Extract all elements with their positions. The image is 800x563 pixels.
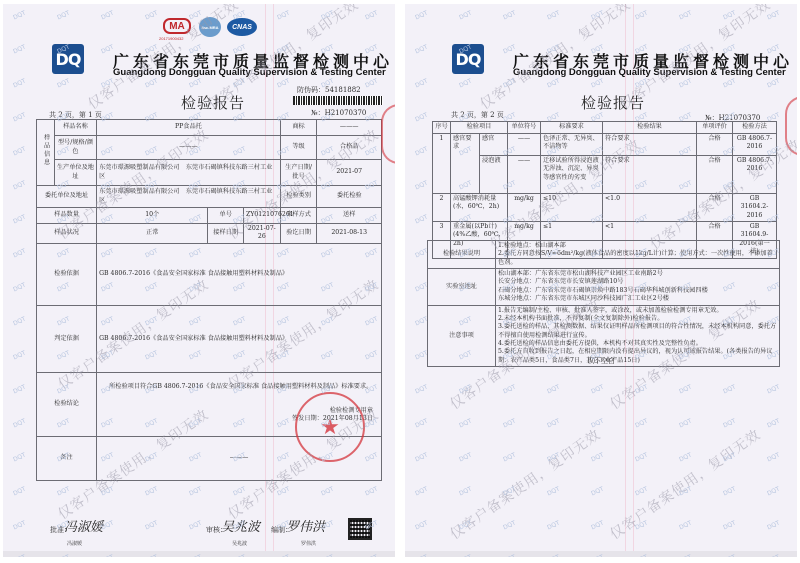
watermark-tile: DQT	[276, 78, 291, 90]
sample-info-label: 样品信息	[37, 120, 55, 186]
watermark-tile: DQT	[12, 180, 27, 192]
watermark-tile: DQT	[144, 486, 159, 498]
watermark-tile: DQT	[414, 214, 429, 226]
watermark-tile: DQT	[634, 486, 649, 498]
watermark-tile: DQT	[414, 384, 429, 396]
watermark-tile: DQT	[502, 418, 517, 430]
watermark-tile: DQT	[722, 384, 737, 396]
watermark-tile: DQT	[458, 486, 473, 498]
watermark-tile: DQT	[590, 520, 605, 532]
watermark-tile: DQT	[766, 384, 781, 396]
watermark-tile: DQT	[56, 78, 71, 90]
watermark-tile: DQT	[414, 44, 429, 56]
watermark-tile: DQT	[364, 10, 379, 22]
watermark-tile: DQT	[276, 10, 291, 22]
watermark-tile: DQT	[188, 486, 203, 498]
watermark-tile: DQT	[722, 78, 737, 90]
watermark-tile: DQT	[458, 78, 473, 90]
watermark-tile: DQT	[546, 418, 561, 430]
watermark-tile: DQT	[766, 418, 781, 430]
lab-address: 东城分地点：广东省东莞市东城区同沙科技园广汇工业区2号楼	[498, 295, 777, 303]
watermark-tile: DQT	[320, 486, 335, 498]
approve-name: 冯淑媛	[67, 540, 82, 547]
watermark-tile: DQT	[546, 520, 561, 532]
watermark-tile: DQT	[458, 452, 473, 464]
watermark-tile: DQT	[722, 520, 737, 532]
watermark-tile: DQT	[590, 384, 605, 396]
watermark-tile: DQT	[678, 384, 693, 396]
watermark-tile: DQT	[56, 10, 71, 22]
watermark-tile: DQT	[590, 452, 605, 464]
report-page-2: DQ 广东省东莞市质量监督检测中心 Guangdong Dongguan Qua…	[405, 4, 797, 557]
notes-table: 检验结果说明 1.检验地点：松山湖本部 2.委托方同意按S/V=6dm²/kg(…	[427, 240, 780, 367]
watermark-tile: DQT	[502, 384, 517, 396]
watermark-tile: DQT	[414, 78, 429, 90]
row-no: 2	[433, 194, 451, 222]
watermark-tile: DQT	[414, 452, 429, 464]
watermark-tile: DQT	[12, 282, 27, 294]
watermark-tile: DQT	[766, 520, 781, 532]
column-header: 单位符号	[508, 122, 541, 134]
watermark-tile: DQT	[634, 10, 649, 22]
edit-signature: 罗伟洪	[286, 516, 325, 535]
watermark-tile: DQT	[100, 10, 115, 22]
watermark-tile: DQT	[590, 78, 605, 90]
finish-date: 2021-08-13	[317, 224, 382, 244]
watermark-tile: DQT	[12, 44, 27, 56]
watermark-tile: DQT	[590, 418, 605, 430]
watermark-tile: DQT	[634, 418, 649, 430]
watermark-tile: DQT	[12, 520, 27, 532]
barcode	[293, 96, 383, 105]
watermark-tile: DQT	[678, 10, 693, 22]
watermark-tile: DQT	[546, 10, 561, 22]
watermark-tile: DQT	[634, 452, 649, 464]
edit-name: 罗伟洪	[301, 540, 316, 547]
watermark-tile: DQT	[12, 316, 27, 328]
watermark-tile: DQT	[144, 10, 159, 22]
watermark-tile: DQT	[188, 78, 203, 90]
watermark-tile: DQT	[414, 486, 429, 498]
watermark-tile: DQT	[364, 78, 379, 90]
watermark-tile: DQT	[12, 214, 27, 226]
column-header: 检验方法	[733, 122, 777, 134]
watermark-tile: DQT	[458, 418, 473, 430]
watermark-tile: DQT	[12, 452, 27, 464]
watermark-tile: DQT	[12, 112, 27, 124]
watermark-tile: DQT	[12, 146, 27, 158]
watermark-tile: DQT	[678, 418, 693, 430]
watermark-tile: DQT	[502, 10, 517, 22]
report-page-1: MA 20171900432 ilac-MRA CNAS DQ 广东省东莞市质量…	[3, 4, 395, 557]
review-name: 吴兆波	[232, 540, 247, 547]
watermark-tile: DQT	[546, 486, 561, 498]
watermark-tile: DQT	[414, 10, 429, 22]
watermark-tile: DQT	[12, 350, 27, 362]
watermark-tile: DQT	[144, 78, 159, 90]
watermark-tile: DQT	[12, 78, 27, 90]
watermark-tile: DQT	[364, 486, 379, 498]
watermark-tile: DQT	[546, 384, 561, 396]
watermark-tile: DQT	[414, 112, 429, 124]
watermark-tile: DQT	[502, 452, 517, 464]
watermark-tile: DQT	[458, 10, 473, 22]
sample-state: 正常	[97, 224, 208, 244]
watermark-tile: DQT	[766, 486, 781, 498]
watermark-tile: DQT	[12, 486, 27, 498]
watermark-tile: DQT	[766, 78, 781, 90]
column-header: 检验项目	[451, 122, 508, 134]
label: 商标	[280, 120, 317, 136]
watermark-tile: DQT	[12, 248, 27, 260]
watermark-tile: DQT	[502, 520, 517, 532]
watermark-tile: DQT	[546, 78, 561, 90]
seam-seal-icon	[381, 104, 395, 164]
watermark-tile: DQT	[722, 486, 737, 498]
column-header: 检验结果	[603, 122, 697, 134]
watermark-tile: DQT	[12, 384, 27, 396]
watermark-tile: DQT	[414, 520, 429, 532]
watermark-tile: DQT	[414, 180, 429, 192]
watermark-tile: DQT	[144, 520, 159, 532]
column-header: 序号	[433, 122, 451, 134]
watermark-tile: DQT	[414, 418, 429, 430]
watermark-tile: DQT	[188, 520, 203, 532]
watermark-tile: DQT	[414, 146, 429, 158]
watermark-tile: DQT	[12, 10, 27, 22]
watermark-tile: DQT	[590, 486, 605, 498]
watermark-tile: DQT	[766, 452, 781, 464]
watermark-tile: DQT	[678, 520, 693, 532]
watermark-tile: DQT	[678, 78, 693, 90]
column-header: 单项评价	[697, 122, 733, 134]
watermark-tile: DQT	[722, 418, 737, 430]
label: 验讫日期	[280, 224, 317, 244]
watermark-tile: DQT	[678, 452, 693, 464]
cnas-logo: CNAS	[227, 18, 257, 36]
watermark-tile: DQT	[12, 418, 27, 430]
row-no: 1	[433, 134, 451, 194]
